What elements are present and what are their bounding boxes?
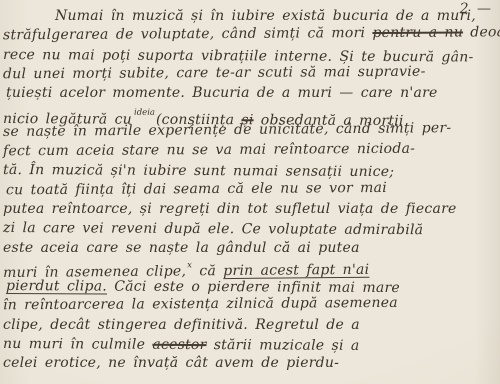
handwritten-line: cu toată ființa îți dai seama că ele nu … <box>6 178 500 200</box>
handwritten-line: în reîntoarcerea la existența zilnică du… <box>3 294 500 316</box>
handwritten-text: străfulgerarea de voluptate, când simți … <box>3 25 373 43</box>
crossed-out-text: pentru a nu <box>372 25 463 42</box>
interlinear-insertion: ideia <box>134 104 155 123</box>
handwritten-line: muri în asemenea clipe,x că prin acest f… <box>3 254 500 278</box>
handwritten-text: cu toată ființa îți dai seama că ele nu … <box>6 180 387 198</box>
handwritten-line: străfulgerarea de voluptate, când simți … <box>3 24 500 46</box>
handwritten-line: zi la care vei reveni după ele. Ce volup… <box>3 219 500 241</box>
handwritten-text: deoa- <box>463 24 500 40</box>
handwritten-text: în reîntoarcerea la existența zilnică du… <box>3 295 398 313</box>
manuscript-lines: Numai în muzică și în iubire există bucu… <box>3 7 500 374</box>
handwritten-line: se naște în marile experiențe de unicita… <box>3 118 500 142</box>
handwritten-line: putea reîntoarce, și regreți din tot suf… <box>3 200 500 219</box>
handwritten-text: clipe, decât stingerea definitivă. Regre… <box>3 317 360 333</box>
handwritten-text: nu muri în culmile <box>3 336 152 353</box>
handwritten-text: se naște în marile experiențe de unicita… <box>3 120 452 140</box>
handwritten-text: țuiești acelor momente. Bucuria de a mur… <box>6 85 438 101</box>
underlined-text: pierdut clipa. <box>6 278 107 295</box>
handwritten-line: celei erotice, ne învață cât avem de pie… <box>3 354 500 373</box>
handwritten-line: dul unei morți subite, care te-ar scuti … <box>3 62 500 84</box>
handwritten-text: este aceia care se naște la gândul că ai… <box>3 240 360 256</box>
handwritten-text: fect cum aceia stare nu se va mai reînto… <box>3 141 415 160</box>
handwritten-text: zi la care vei reveni după ele. Ce volup… <box>3 220 423 238</box>
handwritten-line: țuiești acelor momente. Bucuria de a mur… <box>6 84 500 103</box>
handwritten-line: nu muri în culmile acestor stării muzica… <box>3 335 500 357</box>
handwritten-line: clipe, decât stingerea definitivă. Regre… <box>3 316 500 335</box>
handwritten-text: dul unei morți subite, care te-ar scuti … <box>3 64 426 83</box>
handwritten-text: stării muzicale și a <box>207 337 360 354</box>
crossed-out-text: acestor <box>152 337 206 353</box>
handwritten-text: tă. În muzică și'n iubire sunt numai sen… <box>3 162 394 180</box>
underlined-text: prin acest fapt n'ai <box>223 262 369 279</box>
manuscript-page: 2 — Numai în muzică și în iubire există … <box>0 0 500 384</box>
handwritten-text: că <box>192 263 223 279</box>
handwritten-text: putea reîntoarce, și regreți din tot suf… <box>3 201 457 217</box>
handwritten-line: fect cum aceia stare nu se va mai reînto… <box>3 139 500 161</box>
handwritten-text: celei erotice, ne învață cât avem de pie… <box>3 355 339 371</box>
handwritten-text: Numai în muzică și în iubire există bucu… <box>55 8 476 24</box>
